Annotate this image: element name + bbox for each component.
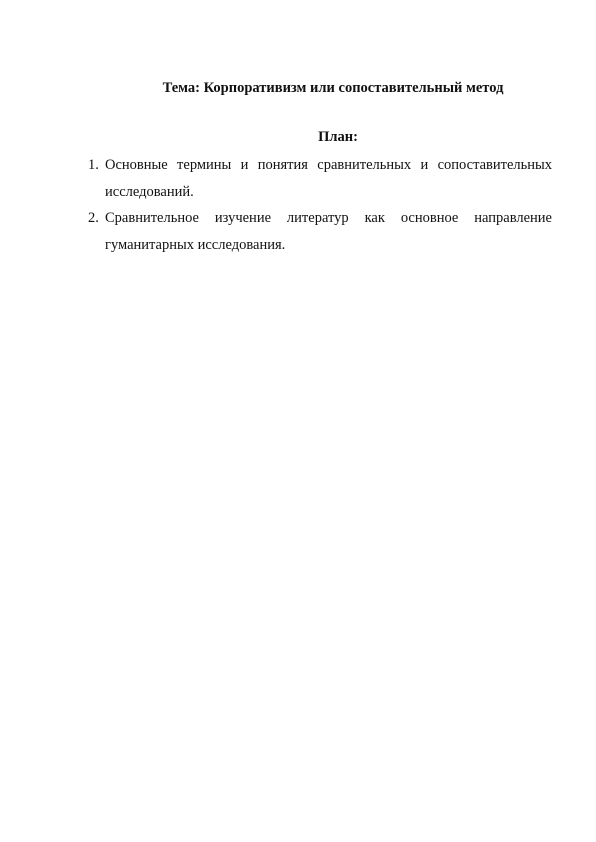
plan-heading: План: [0, 129, 596, 146]
plan-item-number: 1. [88, 152, 99, 179]
plan-item: 2. Сравнительное изучение литератур как … [88, 205, 552, 258]
plan-item-number: 2. [88, 205, 99, 232]
plan-item-text: Основные термины и понятия сравнительных… [105, 152, 552, 205]
plan-list: 1. Основные термины и понятия сравнитель… [88, 152, 552, 258]
plan-item-text: Сравнительное изучение литератур как осн… [105, 205, 552, 258]
plan-item: 1. Основные термины и понятия сравнитель… [88, 152, 552, 205]
document-title: Тема: Корпоративизм или сопоставительный… [0, 80, 596, 97]
